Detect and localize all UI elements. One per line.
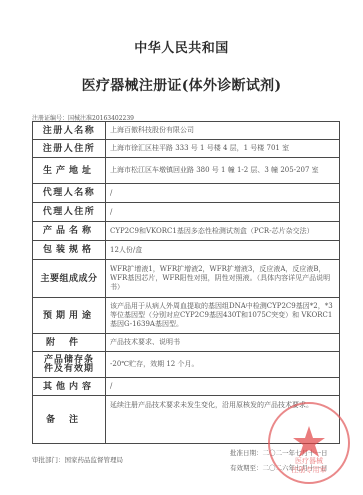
row-value: 上海市徐汇区桂平路 333 号 1 号楼 4 层，1 号楼 701 室 <box>106 140 340 158</box>
row-value: 12人份/盒 <box>106 241 340 260</box>
row-label: 包装规格 <box>33 241 106 260</box>
certificate-title: 医疗器械注册证(体外诊断试剂) <box>0 75 363 95</box>
row-label: 产品储存条件及有效期 <box>33 352 106 378</box>
row-value: -20℃贮存，效期 12 个月。 <box>106 352 340 378</box>
row-value: / <box>106 203 340 222</box>
row-label: 主要组成成分 <box>33 260 106 298</box>
row-label: 代理人住所 <box>33 203 106 222</box>
approval-authority: 审批部门：国家药品监督管理局 <box>32 455 123 464</box>
row-label: 预期用途 <box>33 298 106 334</box>
table-row: 代理人住所 / <box>33 203 340 222</box>
row-value: 上海市松江区车墩镇回业路 380 号 1 幢 1-2 层、3 幢 205-207… <box>106 158 340 184</box>
row-value: CYP2C9和VKORC1基因多态性检测试剂盒（PCR-芯片杂交法） <box>106 222 340 241</box>
row-label: 注册人住所 <box>33 140 106 158</box>
table-row: 包装规格 12人份/盒 <box>33 241 340 260</box>
table-row: 生产地址 上海市松江区车墩镇回业路 380 号 1 幢 1-2 层、3 幢 20… <box>33 158 340 184</box>
country-title: 中华人民共和国 <box>0 37 363 56</box>
row-value: WFR扩增液1，WFR扩增液2，WFR扩增液3，反应液A，反应液B，WFR基因芯… <box>106 260 340 298</box>
table-row: 产品储存条件及有效期 -20℃贮存，效期 12 个月。 <box>33 352 340 378</box>
row-label: 产品名称 <box>33 222 106 241</box>
row-value: 产品技术要求、说明书 <box>106 334 340 352</box>
table-row: 预期用途 该产品用于从病人外周血提取的基因组DNA中检测CYP2C9基因*2，*… <box>33 298 340 334</box>
table-row: 其他内容 / <box>33 378 340 396</box>
row-value: 该产品用于从病人外周血提取的基因组DNA中检测CYP2C9基因*2，*3等位基因… <box>106 298 340 334</box>
table-row: 备注 延续注册产品技术要求未发生变化，沿用原核发的产品技术要求。 <box>33 396 340 444</box>
table-row: 代理人名称 / <box>33 184 340 203</box>
table-row: 主要组成成分 WFR扩增液1，WFR扩增液2，WFR扩增液3，反应液A，反应液B… <box>33 260 340 298</box>
row-value: 上海百傲科技股份有限公司 <box>106 122 340 140</box>
approval-date: 批准日期：二〇二一年七月十一日 <box>230 448 328 457</box>
table-row: 注册人名称 上海百傲科技股份有限公司 <box>33 122 340 140</box>
table-row: 产品名称 CYP2C9和VKORC1基因多态性检测试剂盒（PCR-芯片杂交法） <box>33 222 340 241</box>
row-label: 生产地址 <box>33 158 106 184</box>
certificate-table: 注册人名称 上海百傲科技股份有限公司 注册人住所 上海市徐汇区桂平路 333 号… <box>32 121 340 444</box>
row-value: 延续注册产品技术要求未发生变化，沿用原核发的产品技术要求。 <box>106 396 340 444</box>
row-value: / <box>106 184 340 203</box>
row-label: 其他内容 <box>33 378 106 396</box>
table-row: 注册人住所 上海市徐汇区桂平路 333 号 1 号楼 4 层，1 号楼 701 … <box>33 140 340 158</box>
valid-until-date: 有效期至：二〇二六年七月十一日 <box>230 463 328 472</box>
row-value: / <box>106 378 340 396</box>
row-label: 附件 <box>33 334 106 352</box>
row-label: 备注 <box>33 396 106 444</box>
row-label: 代理人名称 <box>33 184 106 203</box>
row-label: 注册人名称 <box>33 122 106 140</box>
table-row: 附件 产品技术要求、说明书 <box>33 334 340 352</box>
